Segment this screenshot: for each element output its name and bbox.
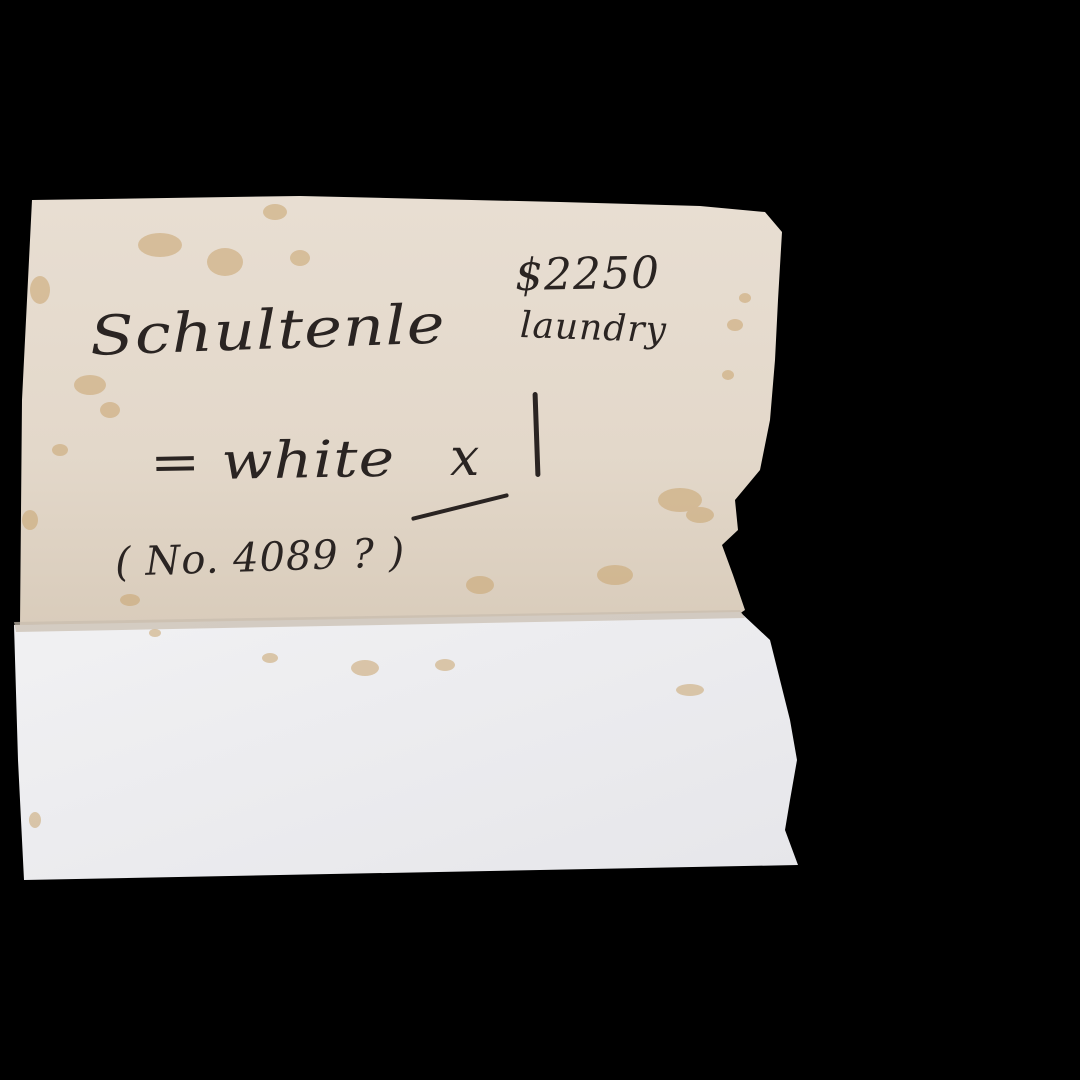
handwritten-price: $2250 bbox=[515, 247, 661, 301]
handwritten-x-mark: x bbox=[450, 428, 480, 488]
handwritten-equals-white: = white bbox=[149, 429, 395, 493]
handwritten-price-label: laundry bbox=[519, 305, 667, 351]
handwritten-name: Schultenle bbox=[89, 293, 447, 368]
paper-lower-section bbox=[14, 612, 798, 880]
